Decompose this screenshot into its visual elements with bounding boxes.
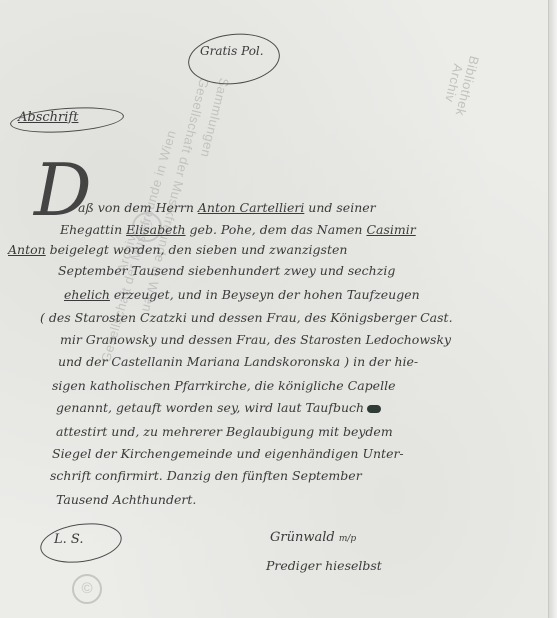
text-line-9: sigen katholischen Pfarrkirche, die köni… <box>52 378 395 393</box>
text-line-4: September Tausend siebenhundert zwey und… <box>58 263 395 278</box>
text-line-7: mir Granowsky und dessen Frau, des Staro… <box>60 332 451 347</box>
text-line-13: schrift confirmirt. Danzig den fünften S… <box>50 468 362 483</box>
signature: Grünwald m/p <box>270 530 356 545</box>
text: genannt, getauft worden sey, wird laut T… <box>56 400 364 415</box>
text: geb. Pohe, dem das Namen <box>186 222 367 237</box>
text-line-12: Siegel der Kirchengemeinde und eigenhänd… <box>52 446 404 461</box>
text-line-1: aß von dem Herrn Anton Cartellieri und s… <box>78 200 376 215</box>
text: und seiner <box>304 200 375 215</box>
decorative-initial: D <box>34 148 92 232</box>
header-seal-text: Gratis Pol. <box>200 44 264 58</box>
seal-ls-text: L. S. <box>54 532 83 547</box>
ink-blot <box>367 405 381 413</box>
text-line-6: ( des Starosten Czatzki und dessen Frau,… <box>40 310 453 325</box>
word-ehelich: ehelich <box>64 287 110 302</box>
name-casimir: Casimir <box>366 222 415 237</box>
signature-title: Prediger hieselbst <box>266 558 382 573</box>
signature-name: Grünwald <box>270 530 335 545</box>
text-line-5: ehelich erzeuget, und in Beyseyn der hoh… <box>64 287 420 302</box>
text: Ehegattin <box>60 222 126 237</box>
text: beigelegt worden, den sieben und zwanzig… <box>46 242 348 257</box>
document-scan: Gesellschaft der Musikfreunde in Wien Ar… <box>0 0 557 618</box>
text-line-11: attestirt und, zu mehrerer Beglaubigung … <box>56 424 393 439</box>
text-line-14: Tausend Achthundert. <box>56 492 196 507</box>
copyright-icon: © <box>72 574 102 604</box>
text-line-10: genannt, getauft worden sey, wird laut T… <box>56 400 381 415</box>
name-anton-cartellieri: Anton Cartellieri <box>198 200 304 215</box>
text-line-3: Anton beigelegt worden, den sieben und z… <box>8 242 347 257</box>
text: erzeuget, und in Beyseyn der hohen Taufz… <box>110 287 420 302</box>
text: aß von dem Herrn <box>78 200 198 215</box>
name-anton: Anton <box>8 242 46 257</box>
page-edge <box>548 0 557 618</box>
name-elisabeth: Elisabeth <box>126 222 185 237</box>
heading-abschrift: Abschrift <box>18 110 78 125</box>
signature-suffix: m/p <box>339 534 356 544</box>
text-line-8: und der Castellanin Mariana Landskoronsk… <box>58 354 418 369</box>
text-line-2: Ehegattin Elisabeth geb. Pohe, dem das N… <box>60 222 416 237</box>
